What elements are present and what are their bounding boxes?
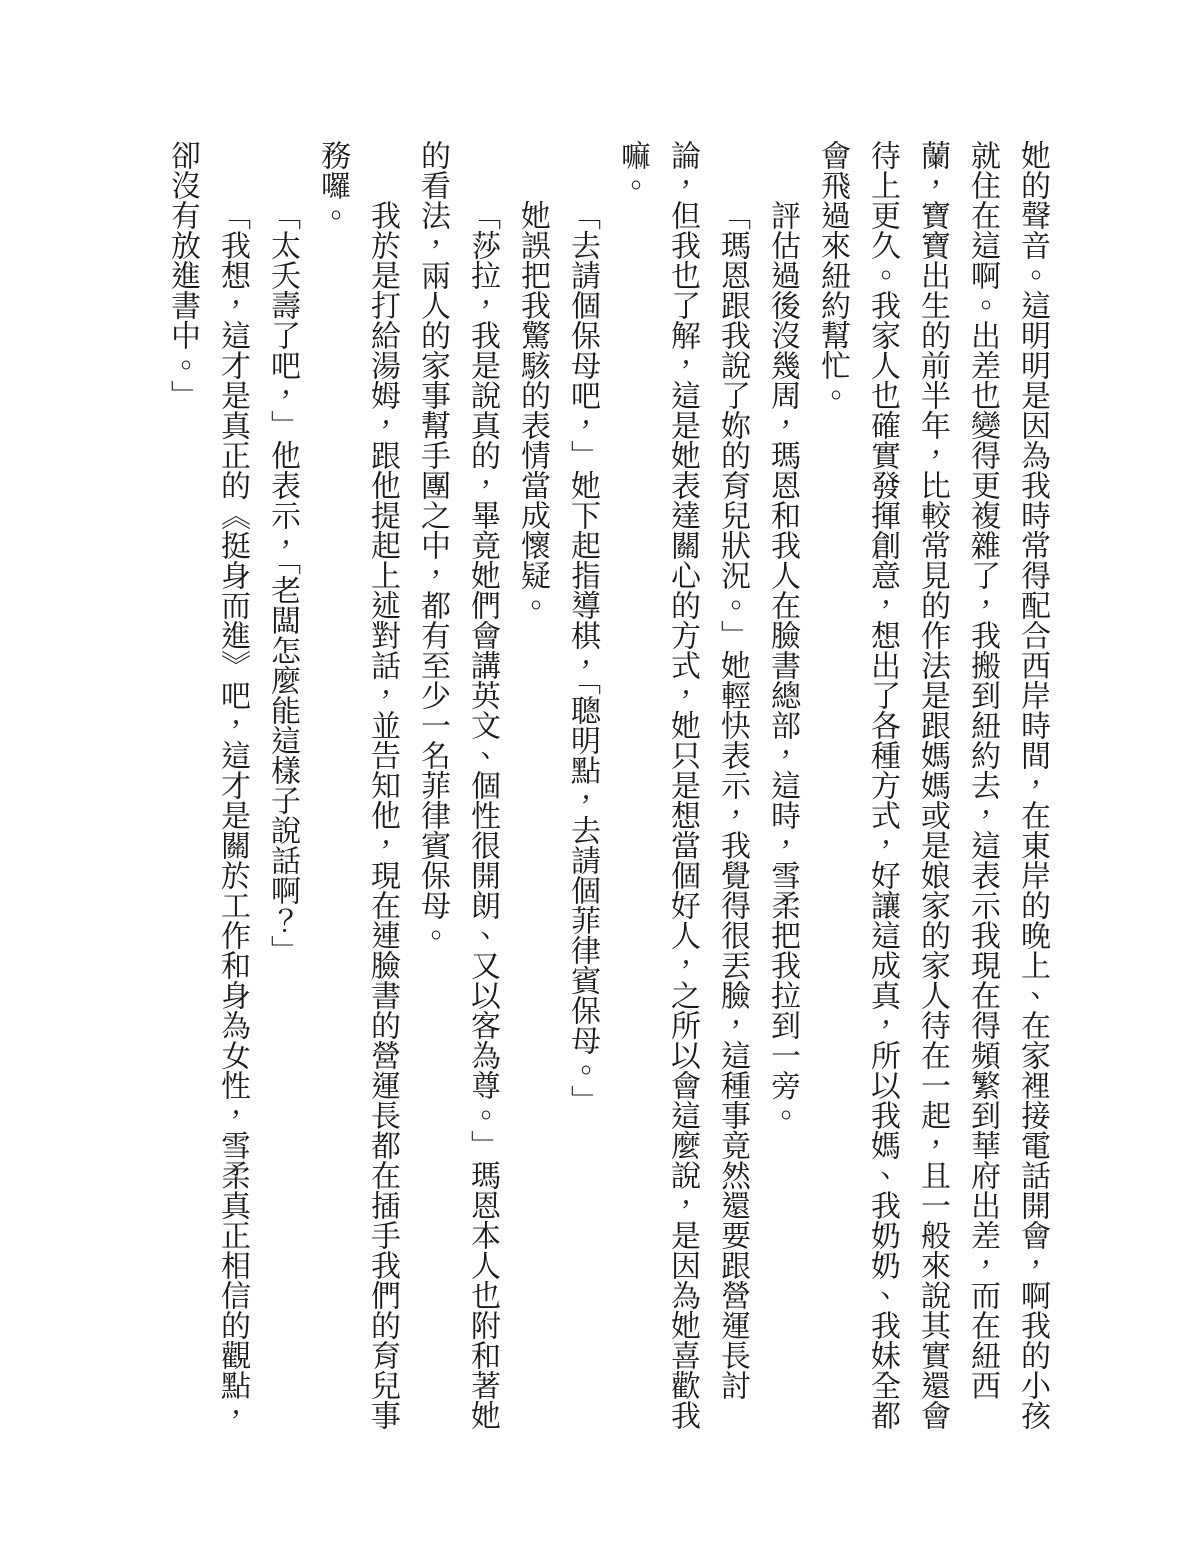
paragraph: 她誤把我驚駭的表情當成懷疑。 — [507, 140, 557, 1432]
body-text: 她的聲音。這明明是因為我時常得配合西岸時間，在東岸的晚上、在家裡接電話開會，啊我… — [151, 140, 1057, 1432]
paragraph: 「去請個保母吧，」她下起指導棋，「聰明點，去請個菲律賓保母。」 — [557, 140, 607, 1432]
paragraph: 她的聲音。這明明是因為我時常得配合西岸時間，在東岸的晚上、在家裡接電話開會，啊我… — [807, 140, 1057, 1432]
paragraph: 評估過後沒幾周，瑪恩和我人在臉書總部，這時，雪柔把我拉到一旁。 — [757, 140, 807, 1432]
paragraph: 「瑪恩跟我說了妳的育兒狀況。」她輕快表示，我覺得很丟臉，這種事竟然還要跟營運長討… — [607, 140, 757, 1432]
paragraph: 「莎拉，我是說真的，畢竟她們會講英文、個性很開朗、又以客為尊。」瑪恩本人也附和著… — [407, 140, 507, 1432]
book-page: 她的聲音。這明明是因為我時常得配合西岸時間，在東岸的晚上、在家裡接電話開會，啊我… — [0, 0, 1200, 1553]
paragraph: 我於是打給湯姆，跟他提起上述對話，並告知他，現在連臉書的營運長都在插手我們的育兒… — [307, 140, 407, 1432]
paragraph: 「太夭壽了吧，」他表示，「老闆怎麼能這樣子說話啊？」 — [257, 140, 307, 1432]
paragraph: 「我想，這才是真正的《挺身而進》吧，這才是關於工作和身為女性，雪柔真正相信的觀點… — [157, 140, 257, 1432]
